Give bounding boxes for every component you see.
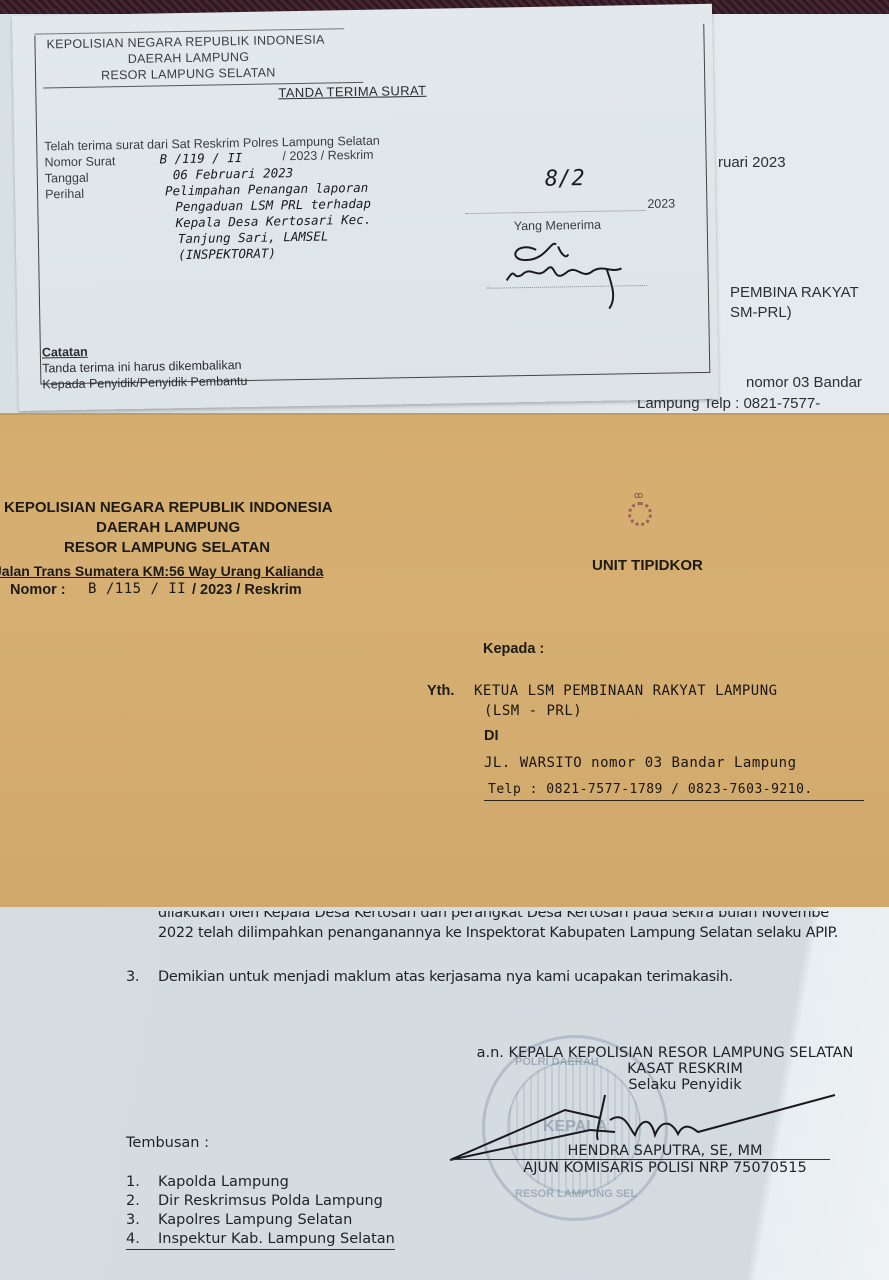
cc-item: 2.Dir Reskrimsus Polda Lampung bbox=[126, 1192, 395, 1211]
received-year: 2023 bbox=[647, 196, 675, 210]
slip-title: TANDA TERIMA SURAT bbox=[278, 83, 426, 101]
nomor-label: Nomor Surat bbox=[44, 154, 115, 169]
note-title: Catatan bbox=[42, 345, 88, 360]
signatory-name: HENDRA SAPUTRA, SE, MM bbox=[450, 1143, 830, 1160]
recipient-address-line-1: JL. WARSITO nomor 03 Bandar Lampung bbox=[484, 755, 797, 771]
letter-body-line-1: dilakukan oleh Kepala Desa Kertosari dan… bbox=[158, 905, 829, 921]
envelope-nomor-printed: / 2023 / Reskrim bbox=[192, 582, 302, 598]
tanggal-value: 06 Februari 2023 bbox=[173, 165, 294, 182]
address-underline bbox=[484, 800, 864, 801]
perihal-line-5: (INSPEKTORAT) bbox=[178, 245, 276, 262]
envelope-unit: UNIT TIPIDKOR bbox=[592, 557, 703, 574]
envelope-header-line-1: KEPOLISIAN NEGARA REPUBLIK INDONESIA bbox=[4, 499, 333, 516]
received-date-hand: 8/2 bbox=[545, 166, 585, 192]
cc-label: Tembusan : bbox=[126, 1135, 395, 1151]
envelope-nomor-label: Nomor : bbox=[10, 582, 66, 598]
slip-header-line-2: DAERAH LAMPUNG bbox=[128, 50, 250, 66]
police-emblem-icon bbox=[628, 502, 652, 526]
letter-address-fragment: nomor 03 Bandar bbox=[746, 374, 862, 391]
letter-top-right-area: ruari 2023 PEMBINA RAKYAT SM-PRL) bbox=[712, 14, 889, 414]
letter-date-fragment: ruari 2023 bbox=[718, 154, 786, 171]
cc-section: Tembusan : 1.Kapolda Lampung 2.Dir Reskr… bbox=[126, 1135, 395, 1250]
signatory-rank: AJUN KOMISARIS POLISI NRP 75070515 bbox=[500, 1160, 830, 1176]
envelope-kepada-label: Kepada : bbox=[483, 641, 544, 657]
recipient-address-line-2: Telp : 0821-7577-1789 / 0823-7603-9210. bbox=[488, 782, 813, 797]
recipient-line-2: (LSM - PRL) bbox=[484, 703, 582, 719]
envelope-di-label: DI bbox=[484, 728, 499, 744]
signature-block: a.n. KEPALA KEPOLISIAN RESOR LAMPUNG SEL… bbox=[455, 1045, 875, 1093]
envelope-yth-label: Yth. bbox=[427, 683, 454, 699]
receiver-signature-icon bbox=[496, 233, 647, 316]
recipient-line-1: KETUA LSM PEMBINAAN RAKYAT LAMPUNG bbox=[474, 683, 778, 699]
signature-position: KASAT RESKRIM bbox=[495, 1061, 875, 1077]
tanggal-label: Tanggal bbox=[45, 171, 89, 186]
emblem-crown-icon: ꝏ bbox=[634, 490, 643, 501]
point-3-text: Demikian untuk menjadi maklum atas kerja… bbox=[158, 969, 733, 985]
note-line-2: Kepada Penyidik/Penyidik Pembantu bbox=[42, 374, 247, 392]
stamp-text-bottom: RESOR LAMPUNG SEL bbox=[515, 1188, 637, 1200]
perihal-line-4: Tanjung Sari, LAMSEL bbox=[178, 229, 329, 247]
nomor-value-hand: B /119 / II bbox=[159, 150, 242, 166]
envelope-address: Jalan Trans Sumatera KM:56 Way Urang Kal… bbox=[0, 563, 323, 579]
signatory: HENDRA SAPUTRA, SE, MM AJUN KOMISARIS PO… bbox=[500, 1143, 830, 1176]
envelope-header-line-3: RESOR LAMPUNG SELATAN bbox=[64, 539, 270, 556]
cc-list: 1.Kapolda Lampung 2.Dir Reskrimsus Polda… bbox=[126, 1173, 395, 1250]
cc-item: 4.Inspektur Kab. Lampung Selatan bbox=[126, 1230, 395, 1250]
cc-item: 1.Kapolda Lampung bbox=[126, 1173, 395, 1192]
receiver-label: Yang Menerima bbox=[514, 218, 602, 234]
letter-recipient-fragment-2: SM-PRL) bbox=[730, 304, 792, 321]
point-3-number: 3. bbox=[126, 969, 139, 985]
letter-body-line-2: 2022 telah dilimpahkan penanganannya ke … bbox=[158, 925, 838, 941]
signature-on-behalf: a.n. KEPALA KEPOLISIAN RESOR LAMPUNG SEL… bbox=[455, 1045, 875, 1061]
cc-item: 3.Kapolres Lampung Selatan bbox=[126, 1211, 395, 1230]
envelope: KEPOLISIAN NEGARA REPUBLIK INDONESIA DAE… bbox=[0, 413, 889, 907]
perihal-label: Perihal bbox=[45, 187, 84, 202]
nomor-value-printed: / 2023 / Reskrim bbox=[282, 148, 373, 164]
envelope-header-line-2: DAERAH LAMPUNG bbox=[96, 519, 240, 536]
letter-recipient-fragment: PEMBINA RAKYAT bbox=[730, 284, 859, 301]
receipt-slip: KEPOLISIAN NEGARA REPUBLIK INDONESIA DAE… bbox=[12, 4, 719, 411]
envelope-nomor-hand: B /115 / II bbox=[88, 581, 186, 597]
